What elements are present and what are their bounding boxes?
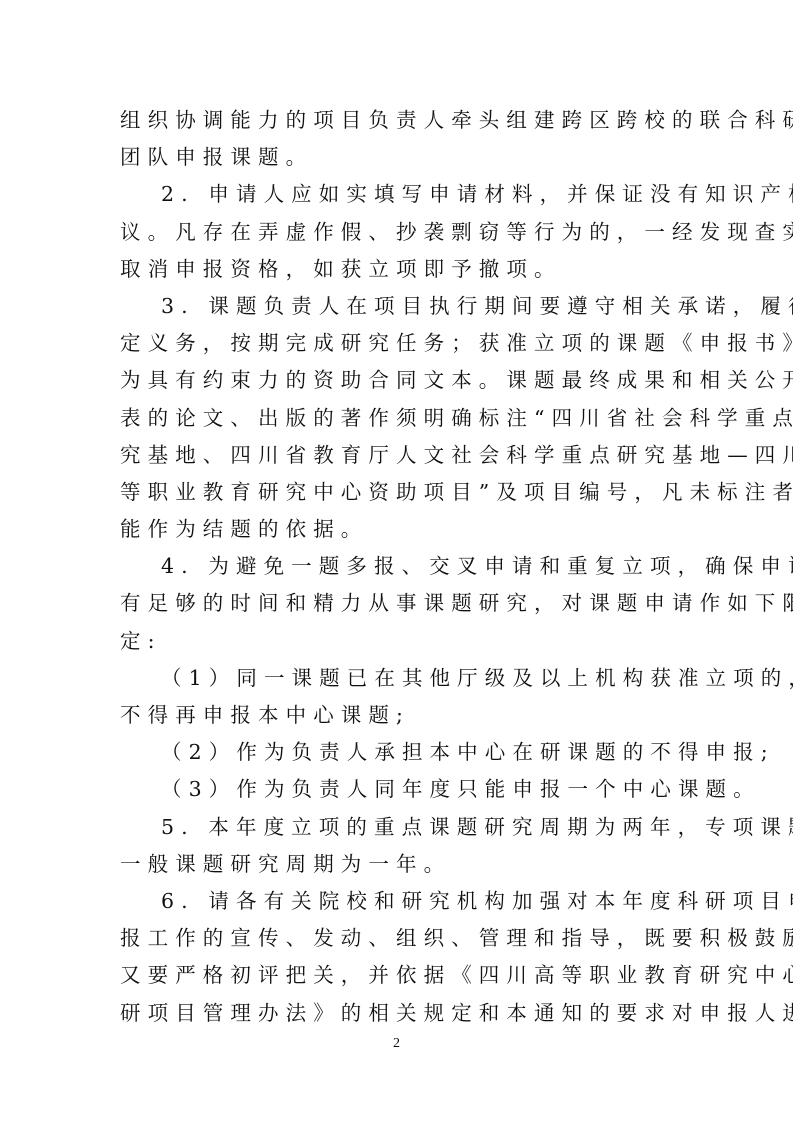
text-line: 有足够的时间和精力从事课题研究，对课题申请作如下限 — [120, 585, 680, 622]
sub-item-1-line: （1）同一课题已在其他厅级及以上机构获准立项的， — [120, 660, 680, 697]
sub-item-2-line: （2）作为负责人承担本中心在研课题的不得申报; — [120, 734, 680, 771]
body-text: 组织协调能力的项目负责人牵头组建跨区跨校的联合科研 团队申报课题。 2. 申请人… — [120, 102, 680, 1032]
item-3-line: 3. 课题负责人在项目执行期间要遵守相关承诺，履行约 — [120, 288, 680, 325]
item-2-line: 2. 申请人应如实填写申请材料，并保证没有知识产权争 — [120, 176, 680, 213]
text-line: 等职业教育研究中心资助项目”及项目编号，凡未标注者不 — [120, 474, 680, 511]
item-6-line: 6. 请各有关院校和研究机构加强对本年度科研项目申 — [120, 883, 680, 920]
document-page: 组织协调能力的项目负责人牵头组建跨区跨校的联合科研 团队申报课题。 2. 申请人… — [0, 0, 793, 1122]
item-4-line: 4. 为避免一题多报、交叉申请和重复立项，确保申请人 — [120, 548, 680, 585]
text-line: 报工作的宣传、发动、组织、管理和指导，既要积极鼓励， — [120, 920, 680, 957]
text-line: 定: — [120, 623, 680, 660]
text-line: 团队申报课题。 — [120, 139, 680, 176]
text-line: 组织协调能力的项目负责人牵头组建跨区跨校的联合科研 — [120, 102, 680, 139]
sub-item-3-line: （3）作为负责人同年度只能申报一个中心课题。 — [120, 771, 680, 808]
text-line: 为具有约束力的资助合同文本。课题最终成果和相关公开发 — [120, 362, 680, 399]
text-line: 究基地、四川省教育厅人文社会科学重点研究基地—四川高 — [120, 437, 680, 474]
page-number: 2 — [0, 1036, 793, 1052]
text-line: 不得再申报本中心课题; — [120, 697, 680, 734]
item-5-line: 5. 本年度立项的重点课题研究周期为两年，专项课题和 — [120, 809, 680, 846]
text-line: 一般课题研究周期为一年。 — [120, 846, 680, 883]
text-line: 取消申报资格，如获立项即予撤项。 — [120, 251, 680, 288]
text-line: 能作为结题的依据。 — [120, 511, 680, 548]
text-line: 研项目管理办法》的相关规定和本通知的要求对申报人进行 — [120, 995, 680, 1032]
text-line: 表的论文、出版的著作须明确标注“四川省社会科学重点研 — [120, 400, 680, 437]
text-line: 又要严格初评把关，并依据《四川高等职业教育研究中心科 — [120, 957, 680, 994]
text-line: 议。凡存在弄虚作假、抄袭剽窃等行为的，一经发现查实， — [120, 214, 680, 251]
text-line: 定义务，按期完成研究任务；获准立项的课题《申报书》视 — [120, 325, 680, 362]
